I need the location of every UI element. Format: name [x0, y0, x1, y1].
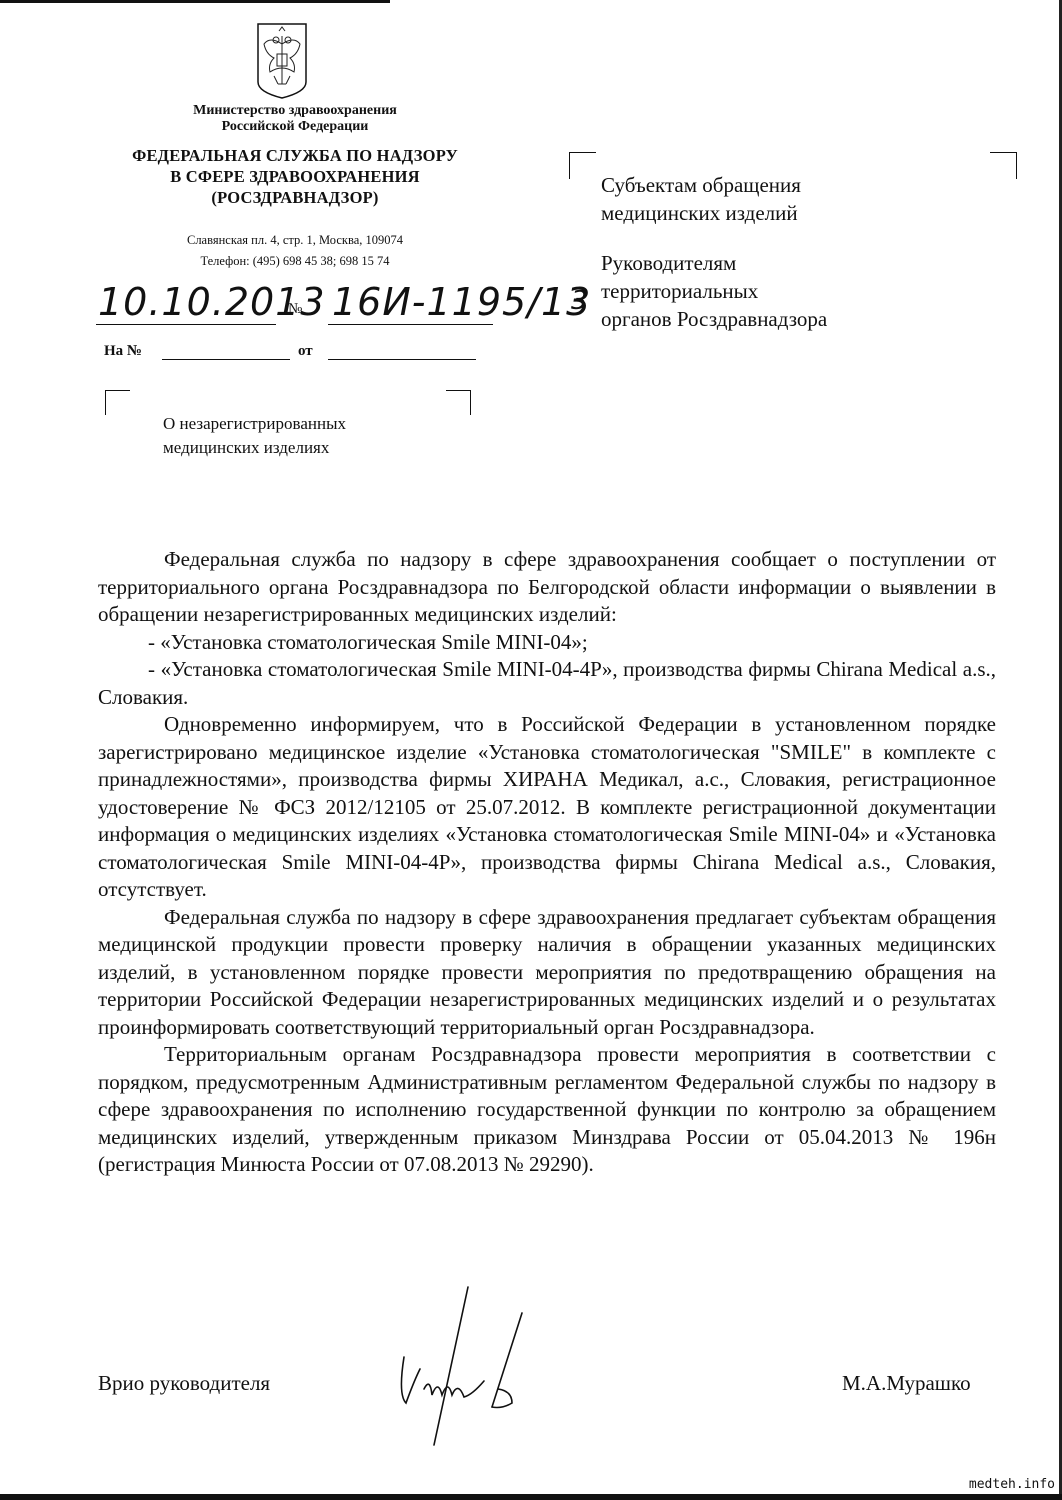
handwritten-signature	[380, 1285, 570, 1465]
reply-number-label: На №	[104, 343, 142, 359]
underline	[328, 324, 493, 325]
reply-reference: На № от	[104, 343, 142, 360]
signatory-name: М.А.Мурашко	[842, 1371, 971, 1396]
coat-of-arms-icon	[256, 22, 308, 100]
list-item: - «Установка стоматологическая Smile MIN…	[98, 656, 996, 711]
site-watermark: medteh.info	[966, 1477, 1058, 1492]
letterhead: Министерство здравоохранения Российской …	[100, 103, 490, 272]
subject-line: медицинских изделиях	[163, 436, 346, 460]
bracket-top-right	[446, 390, 471, 415]
underline	[96, 324, 276, 325]
body-paragraph: Федеральная служба по надзору в сфере зд…	[98, 904, 996, 1042]
letter-body: Федеральная служба по надзору в сфере зд…	[98, 546, 996, 1179]
bracket-top-right	[990, 152, 1017, 179]
addressee-block: Субъектам обращения медицинских изделий …	[601, 171, 827, 333]
scan-top-edge	[0, 0, 390, 3]
contact-info: Славянская пл. 4, стр. 1, Москва, 109074…	[100, 230, 490, 272]
subject-line: О незарегистрированных	[163, 412, 346, 436]
body-paragraph: Территориальным органам Росздравнадзора …	[98, 1041, 996, 1179]
addressee-line: органов Росздравнадзора	[601, 305, 827, 333]
reply-date-field	[328, 359, 476, 360]
scan-bottom-edge	[0, 1494, 1062, 1500]
address-line: Славянская пл. 4, стр. 1, Москва, 109074	[100, 230, 490, 251]
letter-subject: О незарегистрированных медицинских издел…	[163, 412, 346, 460]
number-sign: №	[288, 301, 302, 318]
addressee-line: медицинских изделий	[601, 199, 827, 227]
list-item: - «Установка стоматологическая Smile MIN…	[98, 629, 996, 657]
phone-line: Телефон: (495) 698 45 38; 698 15 74	[100, 251, 490, 272]
signatory-role: Врио руководителя	[98, 1371, 270, 1396]
service-name: ФЕДЕРАЛЬНАЯ СЛУЖБА ПО НАДЗОРУ В СФЕРЕ ЗД…	[100, 145, 490, 208]
registration-number: 16И-1195/13	[332, 280, 591, 324]
reply-date-label: от	[298, 343, 313, 360]
reply-number-field	[162, 359, 290, 360]
addressee-line: территориальных	[601, 277, 827, 305]
ministry-line: Российской Федерации	[100, 119, 490, 135]
addressee-line: Руководителям	[601, 249, 827, 277]
body-paragraph: Федеральная служба по надзору в сфере зд…	[98, 546, 996, 629]
body-paragraph: Одновременно информируем, что в Российск…	[98, 711, 996, 904]
ministry-line: Министерство здравоохранения	[100, 103, 490, 119]
handwritten-mark: 3	[571, 286, 588, 316]
service-line: (РОСЗДРАВНАДЗОР)	[100, 187, 490, 208]
bracket-top-left	[569, 152, 596, 179]
addressee-line: Субъектам обращения	[601, 171, 827, 199]
registration-line: 10.10.2013 № 16И-1195/13	[96, 280, 586, 330]
ministry-name: Министерство здравоохранения Российской …	[100, 103, 490, 135]
service-line: ФЕДЕРАЛЬНАЯ СЛУЖБА ПО НАДЗОРУ	[100, 145, 490, 166]
service-line: В СФЕРЕ ЗДРАВООХРАНЕНИЯ	[100, 166, 490, 187]
bracket-top-left	[105, 390, 130, 415]
